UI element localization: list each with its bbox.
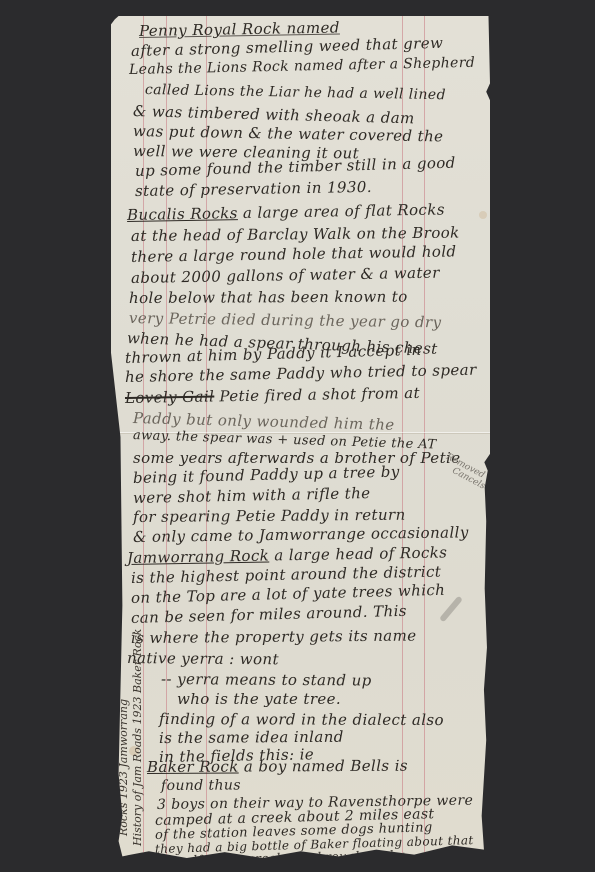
- section-heading: Jamworrang Rock: [127, 547, 269, 567]
- text-line: state of preservation in 1930.: [135, 178, 372, 200]
- text-line: is the same idea inland: [159, 728, 344, 747]
- text-line: who is the yate tree.: [177, 690, 341, 708]
- margin-note-left: History of Jam Roads 1923 Baker Rock: [131, 629, 144, 846]
- section-heading: Bucalis Rocks: [127, 204, 238, 224]
- section-heading: Baker Rock: [147, 758, 239, 776]
- text-line: -- yerra means to stand up: [161, 670, 372, 689]
- text-line: is where the property gets its name: [131, 627, 417, 647]
- text-line: very Petrie died during the year go dry: [129, 309, 442, 331]
- text-line: Lovely Gail Petie fired a shot from at: [125, 384, 420, 407]
- pencil-smudge: [439, 596, 463, 623]
- text-line: at the head of Barclay Walk on the Brook: [131, 224, 460, 245]
- struck-text: Lovely Gail: [125, 387, 215, 407]
- text-line: for spearing Petie Paddy in return: [133, 506, 406, 526]
- text-line: hole below that has been known to: [129, 288, 408, 307]
- text-line: about 2000 gallons of water & a water: [131, 264, 440, 287]
- text-line: finding of a word in the dialect also: [159, 710, 444, 729]
- text-line: there a large round hole that would hold: [131, 242, 457, 266]
- text-line-baker-rock: Baker Rock a boy named Bells is: [147, 757, 408, 776]
- text-line-bucalis-rocks: Bucalis Rocks a large area of flat Rocks: [127, 200, 445, 224]
- text-line: were shot him with a rifle the: [133, 484, 371, 507]
- paper-stain: [479, 211, 487, 219]
- manuscript-page: Penny Royal Rock named after a strong sm…: [111, 16, 490, 858]
- text-line: native yerra : wont: [127, 649, 279, 668]
- text-line: called Lions the Liar he had a well line…: [145, 82, 446, 103]
- text-line: & only came to Jamworrange occasionally: [133, 523, 469, 546]
- text-line: found thus: [161, 777, 241, 794]
